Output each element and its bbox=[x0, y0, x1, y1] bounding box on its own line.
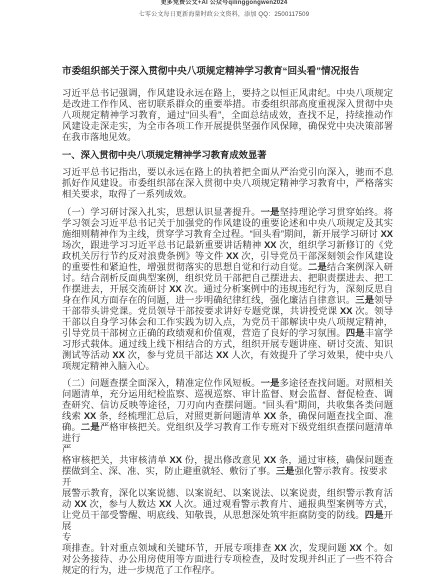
bold-text-run: XX bbox=[159, 499, 171, 509]
bold-text-run: 一、深入贯彻中央八项规定精神学习教育成效显著 bbox=[62, 150, 267, 160]
paragraph: （一）学习研讨深入扎实，思想认识显著提升。一是坚持理论学习贯穿始终。将学习领会习… bbox=[62, 207, 393, 372]
bold-text-run: 四是 bbox=[346, 328, 365, 338]
document-page: 更多免费公文+AI 公众号qilinggongwen2024 七零公文每日更新海… bbox=[0, 0, 448, 580]
bold-text-run: XX bbox=[170, 455, 182, 465]
document-title: 市委组织部关于深入贯彻中央八项规定精神学习教育“回头看”情况报告 bbox=[62, 66, 393, 78]
text-run: 习近平总书记指出，要以永远在路上的执着把全面从严治党引向深入，驰而不息抓好作风建… bbox=[62, 167, 393, 199]
bold-text-run: XX bbox=[84, 411, 96, 421]
bold-text-run: 一是 bbox=[261, 378, 280, 388]
watermark-line-2: 七零公文每日更新海量时政公文资料，添加 QQ：2500117509 bbox=[0, 9, 448, 18]
bold-text-run: XX bbox=[340, 306, 352, 316]
text-run: （二）问题查摆全面深入，精准定位作风短板。 bbox=[62, 378, 261, 388]
paragraph: 习近平总书记指出，要以永远在路上的执着把全面从严治党引向深入，驰而不息抓好作风建… bbox=[62, 167, 393, 200]
text-run: 次，参与党员干部达 bbox=[125, 350, 216, 360]
bold-text-run: XX bbox=[264, 455, 276, 465]
bold-text-run: XX bbox=[274, 543, 286, 553]
bold-text-run: 二是 bbox=[308, 262, 327, 272]
section-heading: 一、深入贯彻中央八项规定精神学习教育成效显著 bbox=[62, 150, 393, 161]
text-run: （一）学习研讨深入扎实，思想认识显著提升。 bbox=[62, 207, 261, 217]
bold-text-run: 四是 bbox=[365, 510, 384, 520]
bold-text-run: 三是 bbox=[355, 295, 374, 305]
bold-text-run: XX bbox=[112, 350, 124, 360]
bold-text-run: 一是 bbox=[261, 207, 280, 217]
bold-text-run: 三是 bbox=[276, 466, 295, 476]
bold-text-run: XX bbox=[349, 543, 361, 553]
text-run: 次，发现问题 bbox=[287, 543, 350, 553]
text-run: 份，提出修改意见 bbox=[182, 455, 264, 465]
bold-text-run: XX bbox=[226, 251, 238, 261]
bold-text-run: XX bbox=[381, 229, 393, 239]
document-content: 市委组织部关于深入贯彻中央八项规定精神学习教育“回头看”情况报告 习近平总书记强… bbox=[62, 66, 393, 580]
text-run: 次，参与人数达 bbox=[87, 499, 159, 509]
paragraph: 习近平总书记强调，作风建设永远在路上，要持之以恒正风肃纪。中央八项规定是改进工作… bbox=[62, 88, 393, 143]
bold-text-run: XX bbox=[169, 284, 181, 294]
bold-text-run: XX bbox=[264, 411, 276, 421]
bold-text-run: XX bbox=[74, 499, 86, 509]
document-body: 习近平总书记强调，作风建设永远在路上，要持之以恒正风肃纪。中央八项规定是改进工作… bbox=[62, 88, 393, 576]
text-run: 条，经梳理汇总后，对照更新问题清单 bbox=[96, 411, 263, 421]
paragraph: （二）问题查摆全面深入，精准定位作风短板。一是多途径查找问题。对照相关问题清单，… bbox=[62, 378, 393, 576]
bold-text-run: XX bbox=[264, 240, 276, 250]
text-run: 习近平总书记强调，作风建设永远在路上，要持之以恒正风肃纪。中央八项规定是改进工作… bbox=[62, 88, 393, 142]
bold-text-run: XX bbox=[216, 350, 228, 360]
bold-text-run: 二是 bbox=[81, 422, 100, 432]
watermark-line-1: 更多免费公文+AI 公众号qilinggongwen2024 bbox=[0, 0, 448, 6]
